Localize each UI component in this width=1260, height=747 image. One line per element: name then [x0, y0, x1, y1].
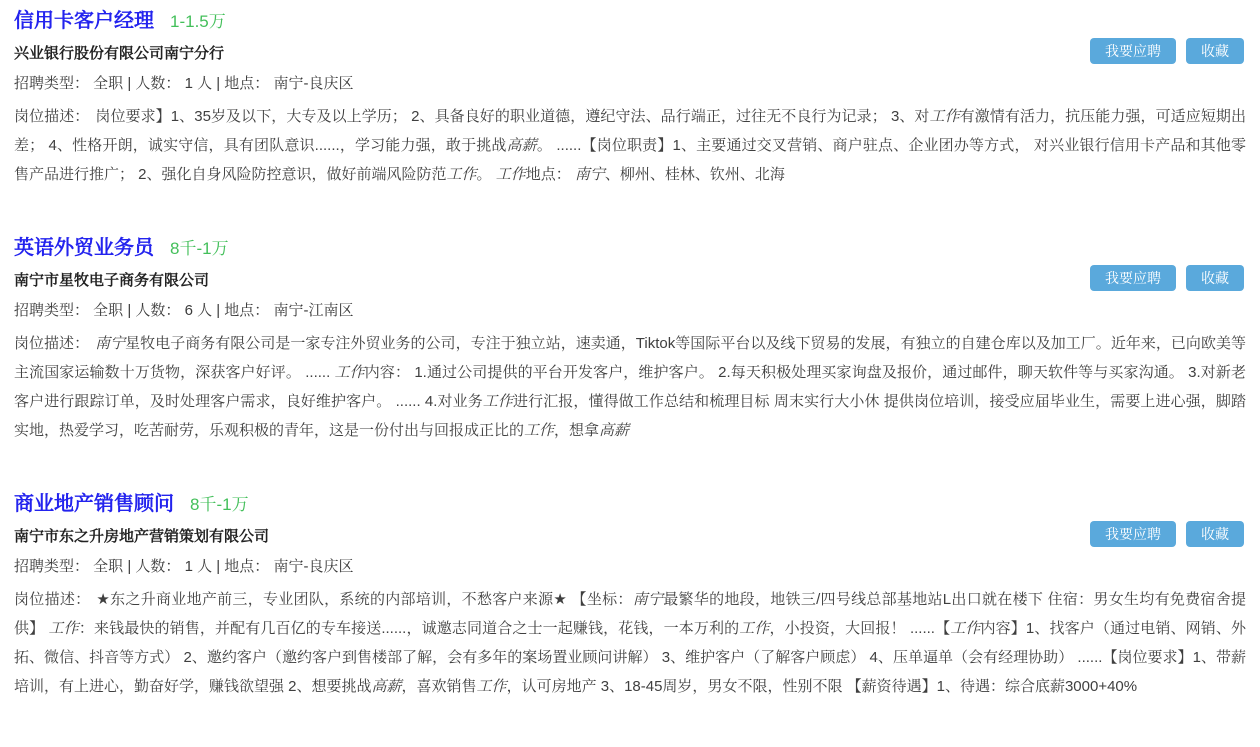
job-meta: 招聘类型： 全职 | 人数： 1 人 | 地点： 南宁-良庆区	[14, 74, 1246, 94]
desc-text: 岗位要求】1、35岁及以下，大专及以上学历； 2、具备良好的职业道德，遵纪守法、…	[14, 108, 1246, 183]
job-salary: 8千-1万	[190, 492, 249, 518]
desc-label: 岗位描述：	[14, 591, 90, 608]
desc-text: ★东之升商业地产前三，专业团队，系统的内部培训，不愁客户来源★ 【坐标：南宁最繁…	[14, 591, 1246, 695]
job-head: 商业地产销售顾问 8千-1万	[14, 491, 1246, 518]
job-actions: 我要应聘 收藏	[1090, 521, 1244, 547]
job-description: 岗位描述：南宁星牧电子商务有限公司是一家专注外贸业务的公司，专注于独立站，速卖通…	[14, 329, 1246, 445]
job-card: 英语外贸业务员 8千-1万 我要应聘 收藏 南宁市星牧电子商务有限公司 招聘类型…	[14, 235, 1246, 445]
job-title-link[interactable]: 信用卡客户经理	[14, 8, 154, 34]
apply-button[interactable]: 我要应聘	[1090, 521, 1176, 547]
job-card: 商业地产销售顾问 8千-1万 我要应聘 收藏 南宁市东之升房地产营销策划有限公司…	[14, 491, 1246, 701]
company-name: 南宁市星牧电子商务有限公司	[14, 271, 1246, 291]
job-description: 岗位描述：岗位要求】1、35岁及以下，大专及以上学历； 2、具备良好的职业道德，…	[14, 102, 1246, 189]
favorite-button[interactable]: 收藏	[1186, 521, 1244, 547]
desc-label: 岗位描述：	[14, 335, 89, 352]
job-head: 英语外贸业务员 8千-1万	[14, 235, 1246, 262]
company-name: 南宁市东之升房地产营销策划有限公司	[14, 527, 1246, 547]
job-meta: 招聘类型： 全职 | 人数： 1 人 | 地点： 南宁-良庆区	[14, 557, 1246, 577]
job-description: 岗位描述：★东之升商业地产前三，专业团队，系统的内部培训，不愁客户来源★ 【坐标…	[14, 585, 1246, 701]
job-title-link[interactable]: 英语外贸业务员	[14, 235, 154, 261]
company-name: 兴业银行股份有限公司南宁分行	[14, 44, 1246, 64]
job-actions: 我要应聘 收藏	[1090, 265, 1244, 291]
job-salary: 8千-1万	[170, 236, 229, 262]
favorite-button[interactable]: 收藏	[1186, 265, 1244, 291]
apply-button[interactable]: 我要应聘	[1090, 265, 1176, 291]
job-list: 信用卡客户经理 1-1.5万 我要应聘 收藏 兴业银行股份有限公司南宁分行 招聘…	[0, 0, 1260, 701]
job-title-link[interactable]: 商业地产销售顾问	[14, 491, 174, 517]
job-head: 信用卡客户经理 1-1.5万	[14, 8, 1246, 35]
desc-text: 南宁星牧电子商务有限公司是一家专注外贸业务的公司，专注于独立站，速卖通，Tikt…	[14, 335, 1246, 439]
favorite-button[interactable]: 收藏	[1186, 38, 1244, 64]
job-meta: 招聘类型： 全职 | 人数： 6 人 | 地点： 南宁-江南区	[14, 301, 1246, 321]
job-card: 信用卡客户经理 1-1.5万 我要应聘 收藏 兴业银行股份有限公司南宁分行 招聘…	[14, 8, 1246, 189]
desc-label: 岗位描述：	[14, 108, 89, 125]
job-salary: 1-1.5万	[170, 9, 226, 35]
job-actions: 我要应聘 收藏	[1090, 38, 1244, 64]
apply-button[interactable]: 我要应聘	[1090, 38, 1176, 64]
